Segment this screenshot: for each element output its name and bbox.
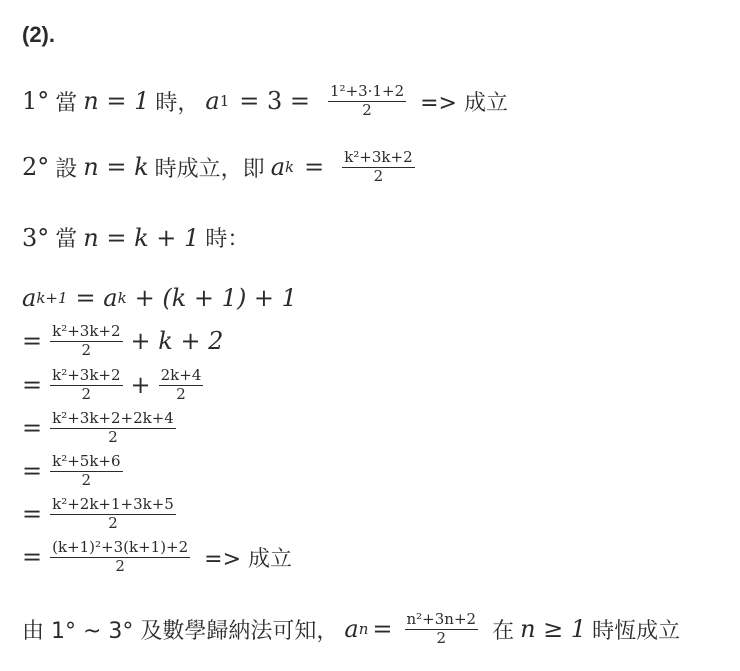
fraction: k²+3k+2 2 — [342, 150, 414, 185]
derivation-line: = (k+1)²+3(k+1)+22 => 成立 — [22, 540, 298, 575]
derivation-line: = k²+3k+22 + k + 2 — [22, 324, 223, 359]
step-2: 2° 設 n = k 時成立，即 ak = k²+3k+2 2 — [22, 150, 423, 185]
derivation-line: = k²+5k+62 — [22, 454, 131, 489]
step-1-label: 1° — [22, 87, 49, 115]
derivation-line: = k²+3k+22 + 2k+42 — [22, 368, 211, 403]
step-3: 3° 當 n = k + 1 時： — [22, 222, 255, 253]
fraction: 1²+3·1+2 2 — [328, 84, 406, 119]
derivation-line: = k²+2k+1+3k+52 — [22, 497, 184, 532]
derivation-first-line: ak+1 = ak + (k + 1) + 1 — [22, 284, 297, 312]
step-1: 1° 當 n = 1 時， a1 = 3 = 1²+3·1+2 2 => 成立 — [22, 84, 514, 119]
conclusion: 由 1° ~ 3° 及數學歸納法可知， an = n²+3n+22 在 n ≥ … — [22, 612, 686, 647]
problem-title: (2). — [22, 22, 55, 48]
derivation-line: = k²+3k+2+2k+42 — [22, 411, 184, 446]
